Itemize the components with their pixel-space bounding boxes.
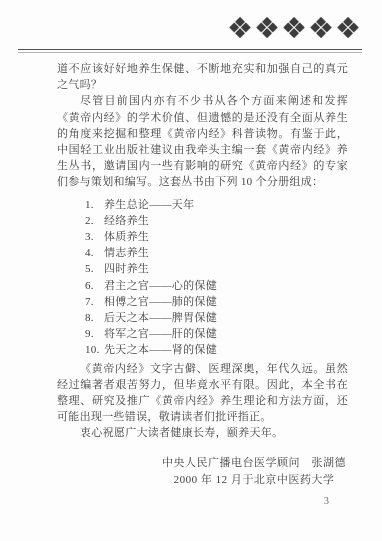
page-number: 3 bbox=[57, 494, 348, 510]
list-item-number: 9. bbox=[85, 326, 104, 342]
list-item: 10.先天之本——肾的保健 bbox=[85, 342, 348, 358]
list-item: 9.将军之官——肝的保健 bbox=[85, 326, 348, 342]
list-item-title: 后天之本——脾胃保健 bbox=[104, 312, 217, 324]
list-item-number: 8. bbox=[85, 310, 104, 326]
list-item: 8.后天之本——脾胃保健 bbox=[85, 310, 348, 326]
signature-block: 中央人民广播电台医学顾问 张湖德 2000 年 12 月于北京中医药大学 bbox=[162, 455, 346, 489]
list-item-number: 5. bbox=[85, 261, 104, 277]
list-item: 7.相傅之官——肺的保健 bbox=[85, 294, 348, 310]
date-line: 2000 年 12 月于北京中医药大学 bbox=[162, 472, 346, 489]
header-rule bbox=[18, 49, 362, 53]
list-item-number: 6. bbox=[85, 278, 104, 294]
list-item-title: 相傅之官——肺的保健 bbox=[104, 296, 217, 308]
volume-list: 1.养生总论——天年 2.经络养生 3.体质养生 4.情志养生 5.四时养生 6… bbox=[57, 197, 348, 359]
list-item: 6.君主之官——心的保健 bbox=[85, 278, 348, 294]
page-text: 道不应该好好地养生保健、不断地充实和加强自己的真元之气吗？ 尽管目前国内亦有不少… bbox=[57, 61, 348, 510]
list-item-title: 将军之官——肝的保健 bbox=[104, 328, 217, 340]
list-item-title: 情志养生 bbox=[104, 247, 149, 259]
list-item-number: 2. bbox=[85, 213, 104, 229]
list-item-number: 1. bbox=[85, 197, 104, 213]
list-item-number: 7. bbox=[85, 294, 104, 310]
list-item-title: 四时养生 bbox=[104, 263, 149, 275]
list-item: 5.四时养生 bbox=[85, 261, 348, 277]
diamond-ornament-icon: ❖ bbox=[254, 14, 280, 44]
paragraph-closing: 《黄帝内经》文字古僻、医理深奥，年代久远。虽然经过编著者艰苦努力，但毕竟水平有限… bbox=[57, 361, 348, 426]
list-item-title: 君主之官——心的保健 bbox=[104, 280, 217, 292]
diamond-ornament-icon: ❖ bbox=[308, 14, 334, 44]
list-item-title: 体质养生 bbox=[104, 231, 149, 243]
scanned-book-page: ❖ ❖ ❖ ❖ ❖ 道不应该好好地养生保健、不断地充实和加强自己的真元之气吗？ … bbox=[0, 0, 382, 541]
list-item-title: 养生总论——天年 bbox=[104, 199, 194, 211]
list-item-number: 3. bbox=[85, 229, 104, 245]
list-item-number: 10. bbox=[85, 342, 104, 358]
list-item: 4.情志养生 bbox=[85, 245, 348, 261]
paragraph-continuation: 道不应该好好地养生保健、不断地充实和加强自己的真元之气吗？ bbox=[57, 61, 348, 93]
list-item-title: 先天之本——肾的保健 bbox=[104, 344, 217, 356]
list-item: 3.体质养生 bbox=[85, 229, 348, 245]
paragraph-wish: 衷心祝愿广大读者健康长寿，颐养天年。 bbox=[57, 425, 348, 441]
list-item: 1.养生总论——天年 bbox=[85, 197, 348, 213]
diamond-ornament-icon: ❖ bbox=[335, 14, 361, 44]
diamond-ornament-icon: ❖ bbox=[227, 14, 253, 44]
paragraph-intro: 尽管目前国内亦有不少书从各个方面来阐述和发挥《黄帝内经》的学术价值、但遗憾的是还… bbox=[57, 93, 348, 190]
list-item-title: 经络养生 bbox=[104, 215, 149, 227]
list-item-number: 4. bbox=[85, 245, 104, 261]
list-item: 2.经络养生 bbox=[85, 213, 348, 229]
diamond-ornament-icon: ❖ bbox=[281, 14, 307, 44]
signature-line: 中央人民广播电台医学顾问 张湖德 bbox=[162, 455, 346, 472]
ornament-row: ❖ ❖ ❖ ❖ ❖ bbox=[0, 0, 382, 45]
